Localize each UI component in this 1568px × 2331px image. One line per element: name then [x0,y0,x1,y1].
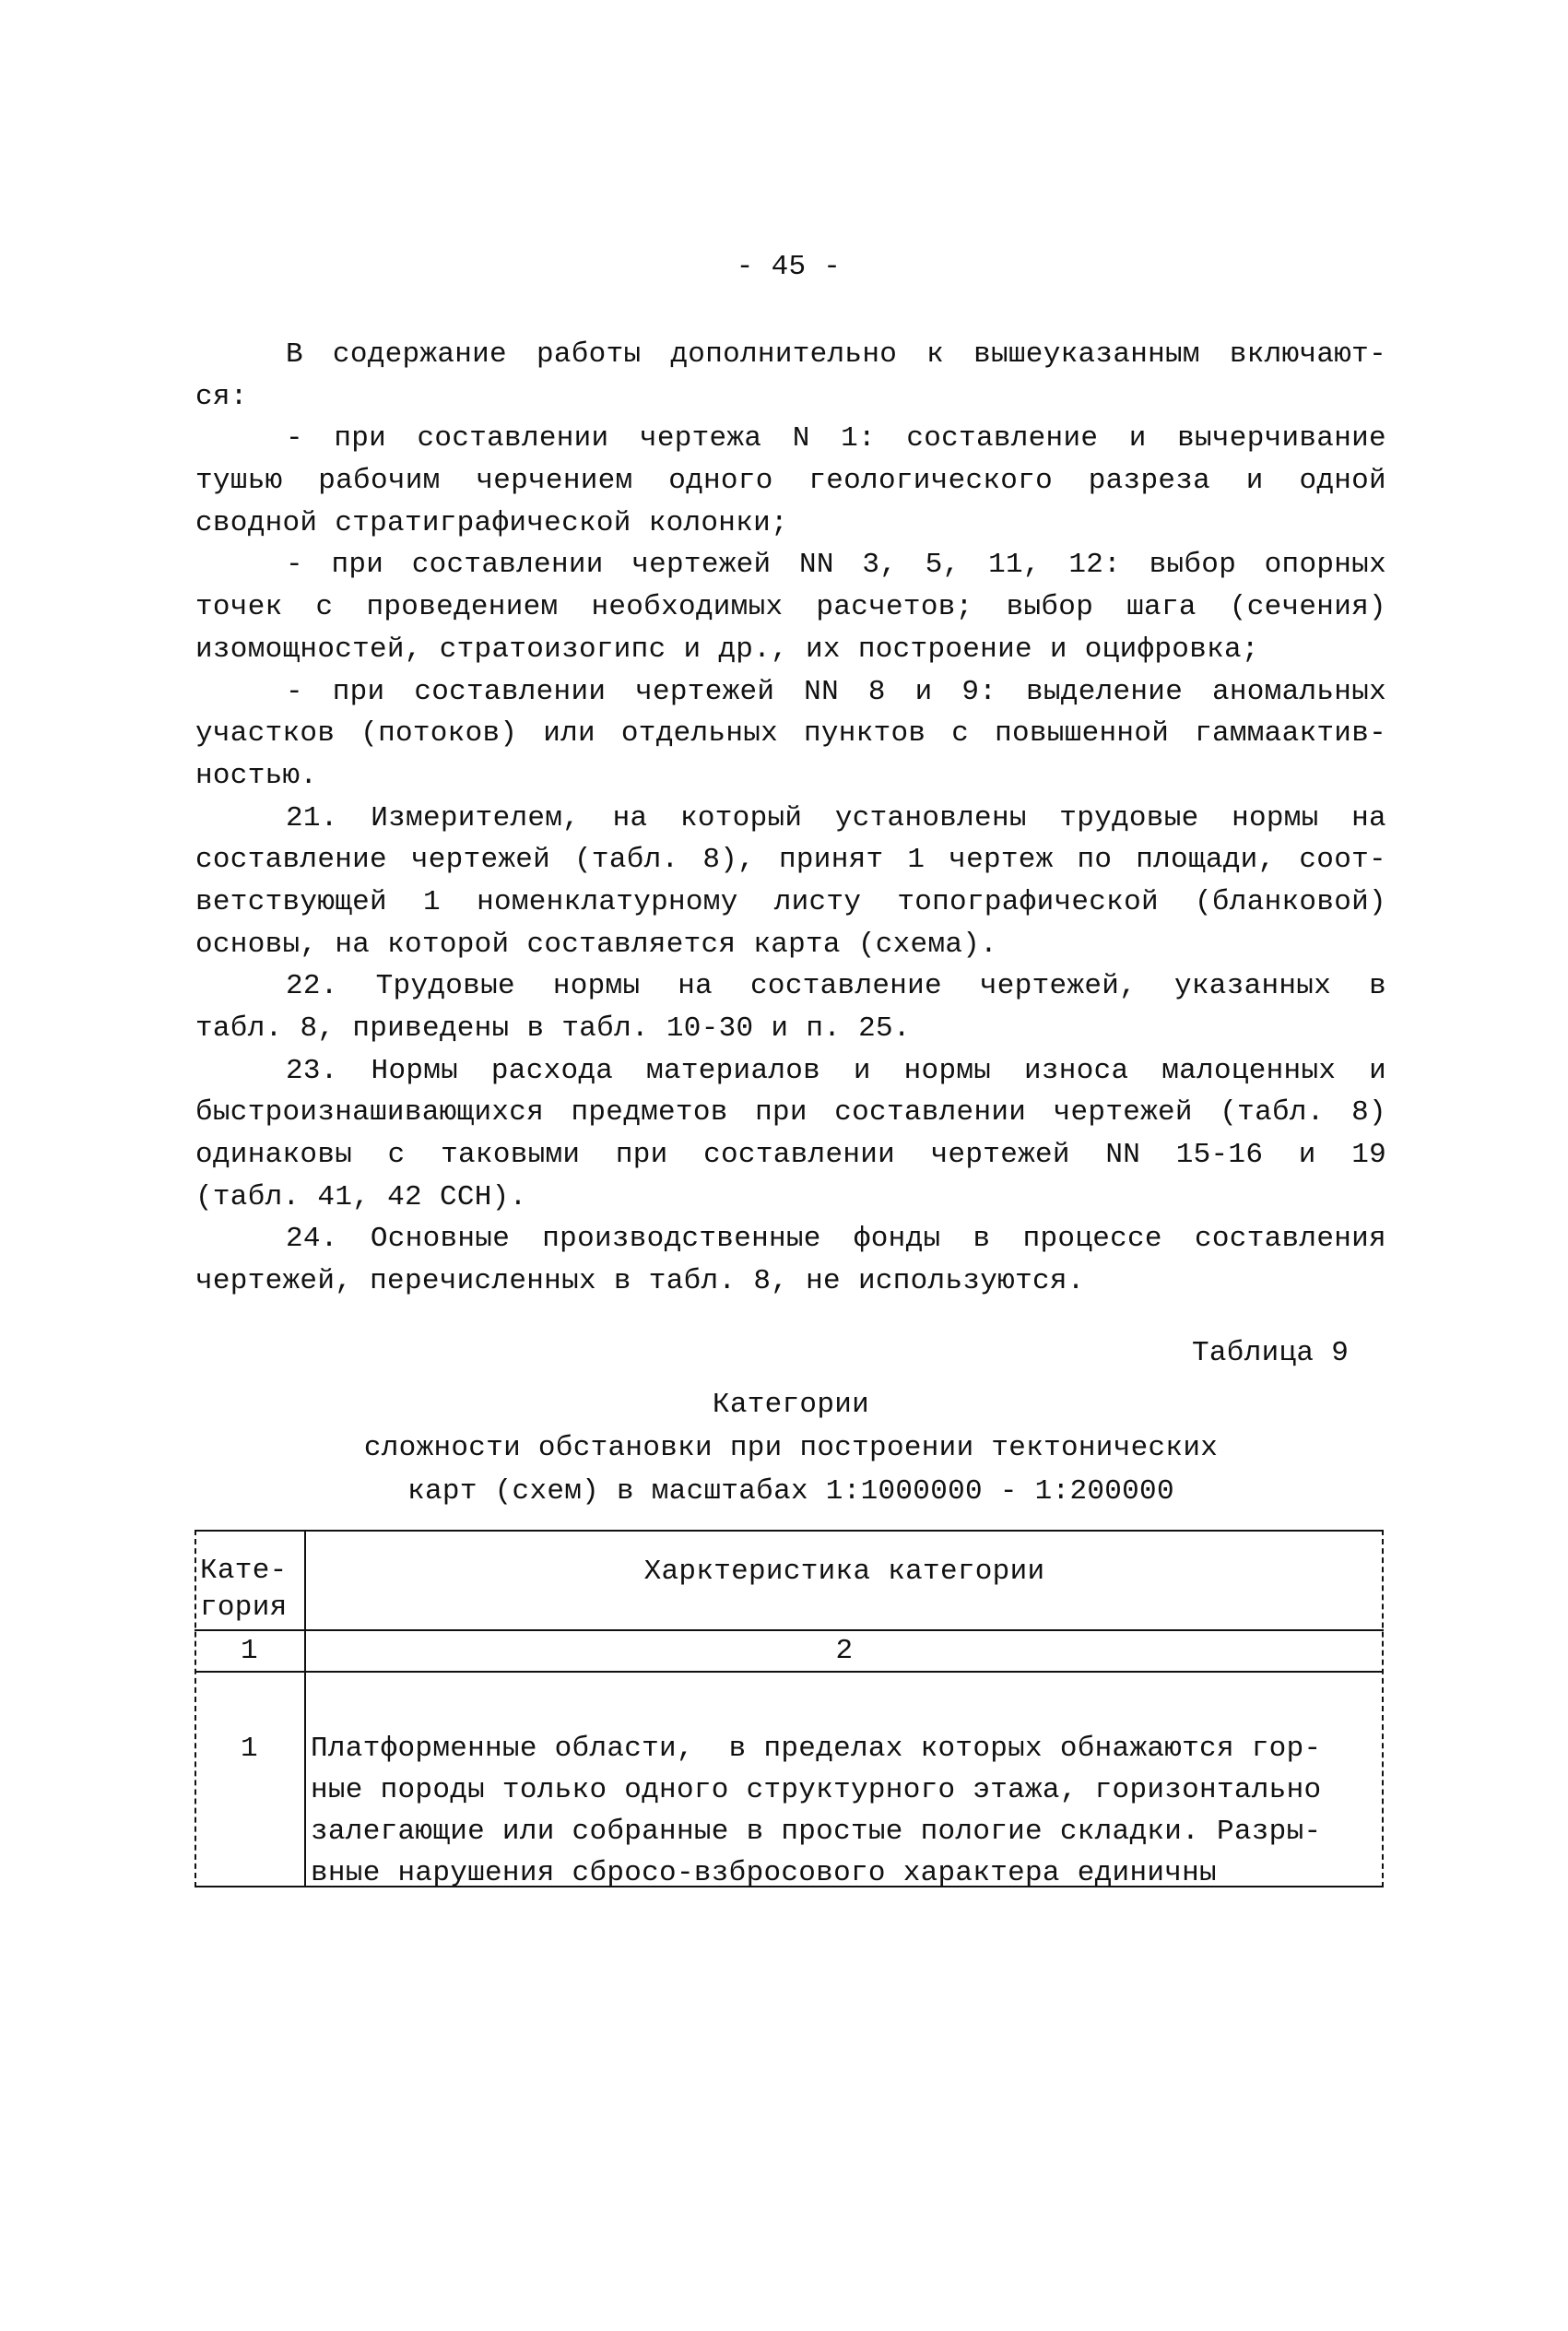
table-column-divider [304,1530,306,1887]
word: выбор [1007,586,1094,629]
word: выделение [1026,671,1183,714]
body-line: изомощностей,стратоизогипсидр.,ихпострое… [195,629,1386,671]
word: установлены [835,798,1027,840]
word: и [915,671,933,714]
word: в [1369,965,1386,1008]
word: тушью [195,460,283,503]
word: 25. [858,1008,911,1050]
word: - [286,418,303,460]
table-number-row-divider [195,1671,1384,1673]
word: (схема). [858,924,997,966]
word: выбор [1149,544,1237,586]
word: чертежей [635,671,774,714]
word: 22. [286,965,338,1008]
word: - [286,671,303,714]
word: по [1078,839,1113,882]
word: 8) [1351,1092,1386,1134]
word: топографической [897,882,1159,924]
body-line: своднойстратиграфическойколонки; [195,503,1386,545]
body-line: 24.Основныепроизводственныефондывпроцесс… [195,1218,1386,1260]
word: и [1129,418,1147,460]
word: ветствующей [195,882,387,924]
word: 11, [988,544,1041,586]
word: 41, [317,1177,370,1219]
header-category: Кате- гория [200,1553,288,1627]
word: (потоков) [360,713,517,755]
word: при [334,418,386,460]
word: трудовые [1059,798,1198,840]
word: приведены [352,1008,509,1050]
table-header-divider [195,1629,1384,1631]
table-row-category: 1 [195,1728,304,1769]
word: (бланковой) [1195,882,1386,924]
description-line: вные нарушения сбросо-взбросового характ… [311,1852,1380,1894]
word: проведением [366,586,558,629]
word: 8 [868,671,886,714]
word: табл. [561,1008,649,1050]
word: ССН). [440,1177,527,1219]
word: 8, [753,1260,788,1303]
body-line: ностью. [195,755,1386,798]
header-category-line-2: гория [200,1590,288,1627]
body-line: основы,накоторойсоставляетсякарта(схема)… [195,924,1386,966]
word: принят [779,839,883,882]
word: на [335,924,370,966]
word: в [526,1008,544,1050]
word: отдельных [621,713,778,755]
word: с [951,713,969,755]
word: стратиграфической [335,503,631,545]
word: составление [906,418,1098,460]
word: 42 [387,1177,422,1219]
word: одинаковы [195,1134,352,1177]
word: (табл. [574,839,678,882]
word: 19 [1351,1134,1386,1177]
word: таковыми [441,1134,580,1177]
word: карта [753,924,841,966]
word: которой [387,924,509,966]
column-number-2: 2 [307,1633,1382,1670]
word: быстроизнашивающихся [195,1092,544,1134]
page-number: - 45 - [0,251,1568,283]
word: точек [195,586,283,629]
word: нормы [904,1050,992,1093]
body-line: быстроизнашивающихсяпредметовприсоставле… [195,1092,1386,1134]
word: материалов [646,1050,820,1093]
word: и [854,1050,871,1093]
word: (табл. [1220,1092,1324,1134]
word: включают- [1230,334,1386,376]
table-top-border [195,1530,1384,1532]
word: вычерчивание [1177,418,1386,460]
column-number-1: 1 [195,1633,304,1670]
word: чертежа [640,418,761,460]
word: используются. [858,1260,1085,1303]
word: аномальных [1212,671,1386,714]
word: построение [858,629,1032,671]
word: черчением [476,460,632,503]
body-line: тушьюрабочимчерчениемодногогеологическог… [195,460,1386,503]
word: листу [774,882,862,924]
word: расчетов; [816,586,973,629]
word: работы [536,334,641,376]
body-text: Всодержаниеработыдополнительноквышеуказа… [195,334,1386,1303]
table-caption-line-3: карт (схем) в масштабах 1:1000000 - 1:20… [195,1470,1386,1513]
word: износа [1024,1050,1128,1093]
word: повышенной [995,713,1169,755]
word: Измерителем, [371,798,580,840]
word: оцифровка; [1085,629,1259,671]
body-line: одинаковыстаковымиприсоставлениичертежей… [195,1134,1386,1177]
table-right-border [1382,1530,1384,1887]
word: указанных [1174,965,1331,1008]
word: составление [750,965,942,1008]
word: др., [718,629,788,671]
document-page: - 45 - Всодержаниеработыдополнительноквы… [0,0,1568,2331]
word: при [333,671,385,714]
description-line: Платформенные области, в пределах которы… [311,1728,1380,1769]
word: их [806,629,841,671]
word: стратоизогипс [440,629,666,671]
body-line: (табл.41,42ССН). [195,1177,1386,1219]
word: соот- [1299,839,1386,882]
word: нормы [553,965,641,1008]
word: на [678,965,713,1008]
word: (сечения) [1230,586,1386,629]
word: чертежей [931,1134,1070,1177]
word: N [793,418,810,460]
word: производственные [542,1218,820,1260]
body-line: -присоставлениичертежаN1:составлениеивыч… [195,418,1386,460]
word: перечисленных [370,1260,596,1303]
word: составлении [414,671,606,714]
word: с [316,586,334,629]
table-row-description: Платформенные области, в пределах которы… [311,1728,1380,1894]
body-line: ветствующей1номенклатурномулистутопограф… [195,882,1386,924]
word: 21. [286,798,338,840]
word: 12: [1068,544,1121,586]
body-line: составлениечертежей(табл.8),принят1черте… [195,839,1386,882]
word: Трудовые [376,965,515,1008]
word: чертежей, [980,965,1137,1008]
word: ся: [195,376,248,419]
word: дополнительно [670,334,897,376]
word: малоценных [1161,1050,1336,1093]
word: 15-16 [1176,1134,1264,1177]
word: составление [195,839,387,882]
word: процессе [1023,1218,1162,1260]
body-line: -присоставлениичертежейNN3,5,11,12:выбор… [195,544,1386,586]
word: и [684,629,701,671]
word: изомощностей, [195,629,422,671]
body-line: табл.8,приведенывтабл.10-30ип.25. [195,1008,1386,1050]
word: табл. [195,1008,283,1050]
word: NN [1105,1134,1140,1177]
table-label: Таблица 9 [1192,1337,1349,1369]
word: 5, [925,544,961,586]
body-line: -присоставлениичертежейNN8и9:выделениеан… [195,671,1386,714]
word: колонки; [649,503,788,545]
word: вышеуказанным [973,334,1200,376]
body-line: 22.Трудовыенормынасоставлениечертежей,ук… [195,965,1386,1008]
word: и [1299,1134,1316,1177]
word: необходимых [591,586,783,629]
header-characteristic: Харктеристика категории [307,1553,1382,1591]
word: одной [1299,460,1386,503]
body-line: участков(потоков)илиотдельныхпунктовспов… [195,713,1386,755]
body-line: 23.Нормырасходаматериаловинормыизносамал… [195,1050,1386,1093]
word: 9: [961,671,996,714]
word: 1: [841,418,876,460]
word: составления [1195,1218,1386,1260]
word: составлении [834,1092,1026,1134]
word: чертежей, [195,1260,352,1303]
word: который [680,798,802,840]
word: (табл. [195,1177,300,1219]
table-left-border [195,1530,196,1887]
word: и [771,1008,788,1050]
word: при [331,544,383,586]
word: одного [668,460,772,503]
word: NN [804,671,839,714]
word: ностью. [195,755,317,798]
word: шага [1126,586,1197,629]
word: 24. [286,1218,338,1260]
table-caption: Категории сложности обстановки при постр… [195,1383,1386,1513]
word: 10-30 [666,1008,754,1050]
table-caption-line-1: Категории [195,1383,1386,1426]
word: 8, [301,1008,336,1050]
word: и [1246,460,1264,503]
word: опорных [1265,544,1386,586]
word: к [926,334,944,376]
word: при [616,1134,668,1177]
description-line: ные породы только одного структурного эт… [311,1769,1380,1811]
word: геологического [808,460,1053,503]
word: при [755,1092,808,1134]
word: нормы [1232,798,1319,840]
word: пунктов [804,713,925,755]
word: на [1351,798,1386,840]
word: или [543,713,595,755]
word: 1 [423,882,441,924]
word: 3, [862,544,897,586]
word: составляется [526,924,736,966]
word: сводной [195,503,317,545]
word: NN [799,544,834,586]
category-table: Кате- гория Харктеристика категории 1 2 … [195,1530,1384,1887]
word: номенклатурному [477,882,738,924]
word: гаммаактив- [1195,713,1386,755]
word: составлении [418,418,609,460]
word: Основные [371,1218,510,1260]
word: основы, [195,924,317,966]
word: чертеж [949,839,1053,882]
word: с [388,1134,406,1177]
body-line: чертежей,перечисленныхвтабл.8,неиспользу… [195,1260,1386,1303]
word: 8), [702,839,755,882]
word: В [286,334,303,376]
word: не [806,1260,841,1303]
body-line: Всодержаниеработыдополнительноквышеуказа… [195,334,1386,376]
word: разреза [1089,460,1210,503]
body-line: 21.Измерителем,накоторыйустановленытрудо… [195,798,1386,840]
body-line: ся: [195,376,1386,419]
word: площади, [1136,839,1275,882]
word: составлении [703,1134,895,1177]
word: п. [806,1008,841,1050]
description-line: залегающие или собранные в простые полог… [311,1811,1380,1852]
body-line: точекспроведениемнеобходимыхрасчетов;выб… [195,586,1386,629]
word: фонды [854,1218,941,1260]
word: - [286,544,303,586]
word: на [613,798,648,840]
word: составлении [412,544,604,586]
word: 23. [286,1050,338,1093]
word: расхода [491,1050,613,1093]
header-category-line-1: Кате- [200,1553,288,1590]
word: в [973,1218,991,1260]
word: чертежей [1054,1092,1193,1134]
word: 1 [907,839,925,882]
word: Нормы [371,1050,459,1093]
word: и [1050,629,1067,671]
word: чертежей [631,544,771,586]
word: участков [195,713,335,755]
word: содержание [333,334,507,376]
table-caption-line-2: сложности обстановки при построении тект… [195,1426,1386,1470]
word: чертежей [411,839,550,882]
word: рабочим [318,460,440,503]
word: предметов [572,1092,728,1134]
word: и [1369,1050,1386,1093]
word: табл. [649,1260,737,1303]
word: в [614,1260,631,1303]
